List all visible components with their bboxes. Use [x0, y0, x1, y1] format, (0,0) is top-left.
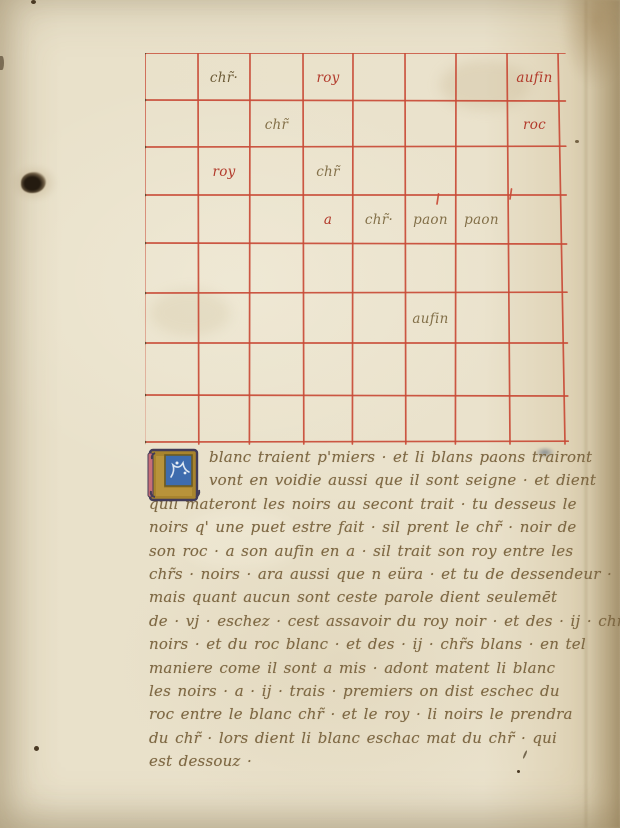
chess-diagram: chr̃·royaufinchr̃rocroychr̃achr̃·paonpao… [145, 53, 569, 448]
board-piece-label: aufin [516, 70, 552, 86]
board-piece-label: aufin [412, 311, 448, 327]
text-line: noirs q' une puet estre fait · sil prent… [149, 516, 601, 539]
board-piece-label: a [324, 212, 332, 228]
speck [575, 140, 579, 143]
text-line: est dessouz · [149, 750, 601, 773]
text-line: mais quant aucun sont ceste parole dient… [149, 586, 601, 609]
speck [0, 56, 4, 70]
manuscript-text-block: blanc traient p'miers · et li blans paon… [149, 446, 601, 774]
text-line: quil materont les noirs au secont trait … [149, 493, 601, 516]
text-line: chr̃s · noirs · ara aussi que n eüra · e… [149, 563, 601, 586]
board-piece-label: paon [464, 212, 499, 228]
text-line: blanc traient p'miers · et li blans paon… [149, 446, 601, 469]
board-piece-label: roy [316, 70, 339, 86]
text-line: vont en voidie aussi que il sont seigne … [149, 469, 601, 492]
board-piece-label: roc [523, 117, 546, 133]
text-line: noirs · et du roc blanc · et des · ij · … [149, 633, 601, 656]
text-line: maniere come il sont a mis · adont maten… [149, 657, 601, 680]
illuminated-initial-L [147, 447, 203, 503]
text-line: son roc · a son aufin en a · sil trait s… [149, 540, 601, 563]
text-line: de · vj · eschez · cest assavoir du roy … [149, 610, 601, 633]
board-piece-label: chr̃· [210, 70, 238, 86]
board-piece-label: chr̃ [316, 164, 340, 180]
speck [31, 0, 36, 4]
text-line: du chr̃ · lors dient li blanc eschac mat… [149, 727, 601, 750]
speck [34, 746, 39, 751]
board-piece-label: roy [212, 164, 235, 180]
text-line: roc entre le blanc chr̃ · et le roy · li… [149, 703, 601, 726]
chess-grid-lines [145, 53, 569, 448]
board-piece-label: paon [413, 212, 448, 228]
board-piece-label: chr̃ [265, 117, 289, 133]
text-line: les noirs · a · ij · trais · premiers on… [149, 680, 601, 703]
manuscript-photo: { "document": { "kind": "medieval manusc… [0, 0, 620, 828]
board-piece-label: chr̃· [365, 212, 393, 228]
